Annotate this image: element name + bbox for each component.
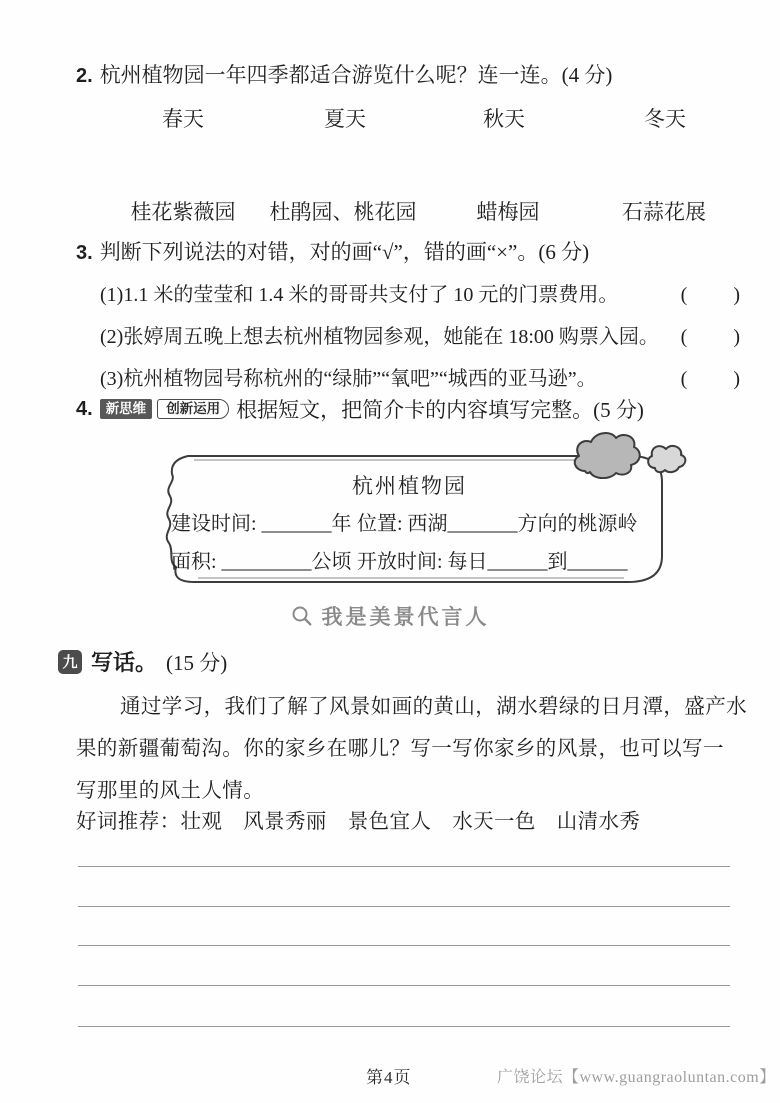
writing-line[interactable] <box>78 906 730 907</box>
card-row-2: 面积: _________公顷 开放时间: 每日______到______ <box>171 545 628 574</box>
scenery-spokesperson-caption: 我是美景代言人 <box>0 601 780 631</box>
judge-item-1-answer-bracket[interactable]: ( ) <box>681 278 742 307</box>
judge-item-1-text: (1)1.1 米的莹莹和 1.4 米的哥哥共支付了 10 元的门票费用。 <box>100 278 618 307</box>
card-field-open-hours[interactable]: 开放时间: 每日______到______ <box>357 545 628 574</box>
caption-text: 我是美景代言人 <box>322 601 490 631</box>
garden-lycoris[interactable]: 石蒜花展 <box>622 196 706 226</box>
prompt-paragraph-line-1: 通过学习，我们了解了风景如画的黄山，湖水碧绿的日月潭，盛产水 <box>76 686 780 728</box>
garden-wintersweet[interactable]: 蜡梅园 <box>477 196 540 226</box>
garden-osmanthus[interactable]: 桂花紫薇园 <box>131 196 236 226</box>
info-card: 杭州植物园 建设时间: _______年 位置: 西湖_______方向的桃源岭… <box>152 450 667 590</box>
writing-line[interactable] <box>78 1026 730 1027</box>
question-3-number: 3. <box>76 242 93 265</box>
question-2-text: 杭州植物园一年四季都适合游览什么呢？连一连。(4 分) <box>100 59 613 89</box>
magnifier-icon <box>291 605 313 627</box>
footer-site-credit: 广饶论坛【www.guangraoluntan.com】 <box>497 1064 776 1087</box>
innovation-badge: 创新运用 <box>157 399 229 419</box>
question-2-title: 2. 杭州植物园一年四季都适合游览什么呢？连一连。(4 分) <box>76 59 612 89</box>
season-summer[interactable]: 夏天 <box>324 103 366 133</box>
card-field-area[interactable]: 面积: _________公顷 <box>171 545 357 574</box>
question-4-text: 根据短文，把简介卡的内容填写完整。(5 分) <box>236 394 644 424</box>
season-spring[interactable]: 春天 <box>162 103 204 133</box>
judge-item-3: (3)杭州植物园号称杭州的“绿肺”“氧吧”“城西的亚马逊”。 ( ) <box>100 362 742 391</box>
season-autumn[interactable]: 秋天 <box>483 103 525 133</box>
writing-line[interactable] <box>78 985 730 986</box>
judge-item-3-answer-bracket[interactable]: ( ) <box>681 362 742 391</box>
card-field-build-year[interactable]: 建设时间: _______年 <box>171 507 357 536</box>
question-4-title: 4. 新思维 创新运用 根据短文，把简介卡的内容填写完整。(5 分) <box>76 394 644 424</box>
card-title: 杭州植物园 <box>152 470 667 500</box>
section-9-badge: 九 <box>58 650 82 674</box>
judge-item-3-text: (3)杭州植物园号称杭州的“绿肺”“氧吧”“城西的亚马逊”。 <box>100 362 597 391</box>
section-9-score: (15 分) <box>166 647 227 677</box>
section-9-header: 九 写话。 (15 分) <box>58 646 227 677</box>
question-3-title: 3. 判断下列说法的对错，对的画“√”，错的画“×”。(6 分) <box>76 236 589 266</box>
question-4-number: 4. <box>76 398 93 421</box>
page-number: 第4页 <box>366 1063 412 1088</box>
prompt-paragraph-line-2: 果的新疆葡萄沟。你的家乡在哪儿？写一写你家乡的风景，也可以写一 <box>76 728 744 770</box>
recommended-words: 好词推荐：壮观 风景秀丽 景色宜人 水天一色 山清水秀 <box>76 804 640 834</box>
judge-item-2-text: (2)张婷周五晚上想去杭州植物园参观，她能在 18:00 购票入园。 <box>100 320 659 349</box>
judge-item-2: (2)张婷周五晚上想去杭州植物园参观，她能在 18:00 购票入园。 ( ) <box>100 320 742 349</box>
worksheet-page: 2. 杭州植物园一年四季都适合游览什么呢？连一连。(4 分) 春天 夏天 秋天 … <box>0 0 780 1103</box>
writing-line[interactable] <box>78 945 730 946</box>
new-thinking-badge: 新思维 <box>100 399 153 419</box>
card-row-1: 建设时间: _______年 位置: 西湖_______方向的桃源岭 <box>171 507 638 536</box>
season-winter[interactable]: 冬天 <box>644 103 686 133</box>
section-9-label: 写话。 <box>91 646 157 677</box>
question-3-text: 判断下列说法的对错，对的画“√”，错的画“×”。(6 分) <box>100 236 589 266</box>
writing-line[interactable] <box>78 866 730 867</box>
question-2-number: 2. <box>76 65 93 88</box>
card-field-location[interactable]: 位置: 西湖_______方向的桃源岭 <box>357 507 638 536</box>
garden-azalea-peach[interactable]: 杜鹃园、桃花园 <box>270 196 417 226</box>
judge-item-2-answer-bracket[interactable]: ( ) <box>681 320 742 349</box>
judge-item-1: (1)1.1 米的莹莹和 1.4 米的哥哥共支付了 10 元的门票费用。 ( ) <box>100 278 742 307</box>
